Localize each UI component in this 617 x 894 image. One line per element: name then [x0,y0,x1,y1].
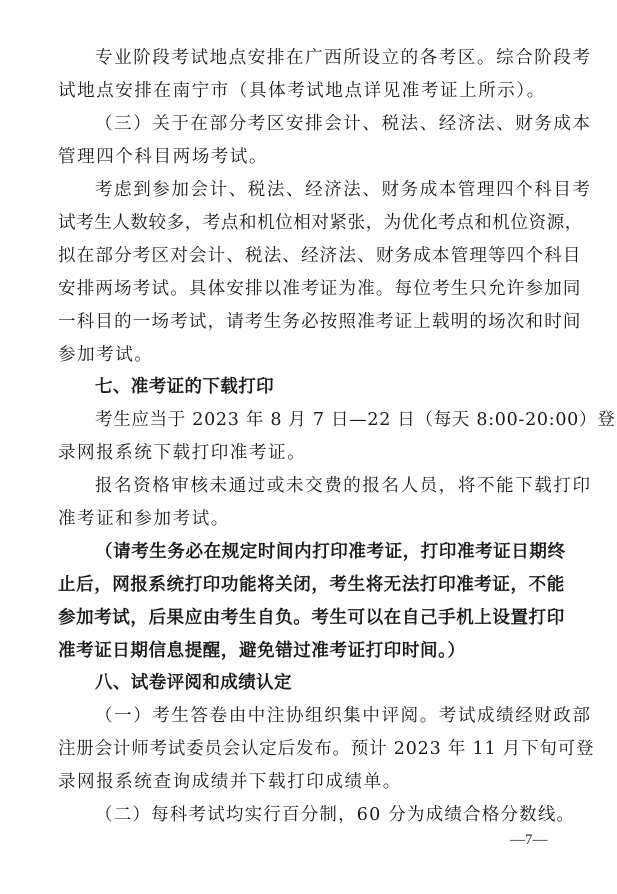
subheading-two-sessions-line-2: 管理四个科目两场考试。 [58,146,578,168]
paragraph-exam-location-line-1: 专业阶段考试地点安排在广西所设立的各考区。综合阶段考 [95,47,615,69]
paragraph-ineligible-line-1: 报名资格审核未通过或未交费的报名人员，将不能下载打印 [95,475,615,497]
paragraph-grading-line-2: 注册会计师考试委员会认定后发布。预计 2023 年 11 月下旬可登 [58,738,578,760]
section-heading-grading: 八、试卷评阅和成绩认定 [95,672,615,694]
notice-print-deadline-line-1: （请考生务必在规定时间内打印准考证，打印准考证日期终 [95,541,615,563]
paragraph-exam-location-line-2: 试地点安排在南宁市（具体考试地点详见准考证上所示）。 [58,80,578,102]
paragraph-grading-line-3: 录网报系统查询成绩并下载打印成绩单。 [58,771,578,793]
paragraph-download-period-line-2: 录网报系统下载打印准考证。 [58,442,578,464]
page-number: —7— [510,832,548,849]
notice-print-deadline-line-4: 准考证日期信息提醒，避免错过准考证打印时间。） [58,640,578,662]
paragraph-two-sessions-line-3: 拟在部分考区对会计、税法、经济法、财务成本管理等四个科目 [58,245,578,267]
paragraph-download-period-line-1: 考生应当于 2023 年 8 月 7 日—22 日（每天 8:00-20:00）… [95,409,615,431]
paragraph-grading-line-1: （一）考生答卷由中注协组织集中评阅。考试成绩经财政部 [95,705,615,727]
document-page: 专业阶段考试地点安排在广西所设立的各考区。综合阶段考 试地点安排在南宁市（具体考… [0,0,617,894]
paragraph-ineligible-line-2: 准考证和参加考试。 [58,508,578,530]
paragraph-passing-score: （二）每科考试均实行百分制，60 分为成绩合格分数线。 [95,804,615,826]
paragraph-two-sessions-line-5: 一科目的一场考试，请考生务必按照准考证上载明的场次和时间 [58,311,578,333]
notice-print-deadline-line-2: 止后，网报系统打印功能将关闭，考生将无法打印准考证，不能 [58,574,578,596]
subheading-two-sessions-line-1: （三）关于在部分考区安排会计、税法、经济法、财务成本 [95,113,615,135]
notice-print-deadline-line-3: 参加考试，后果应由考生自负。考生可以在自己手机上设置打印 [58,607,578,629]
paragraph-two-sessions-line-4: 安排两场考试。具体安排以准考证为准。每位考生只允许参加同 [58,278,578,300]
section-heading-admission-ticket: 七、准考证的下载打印 [95,376,615,398]
paragraph-two-sessions-line-1: 考虑到参加会计、税法、经济法、财务成本管理四个科目考 [95,179,615,201]
paragraph-two-sessions-line-6: 参加考试。 [58,344,578,366]
paragraph-two-sessions-line-2: 试考生人数较多，考点和机位相对紧张，为优化考点和机位资源， [58,212,578,234]
